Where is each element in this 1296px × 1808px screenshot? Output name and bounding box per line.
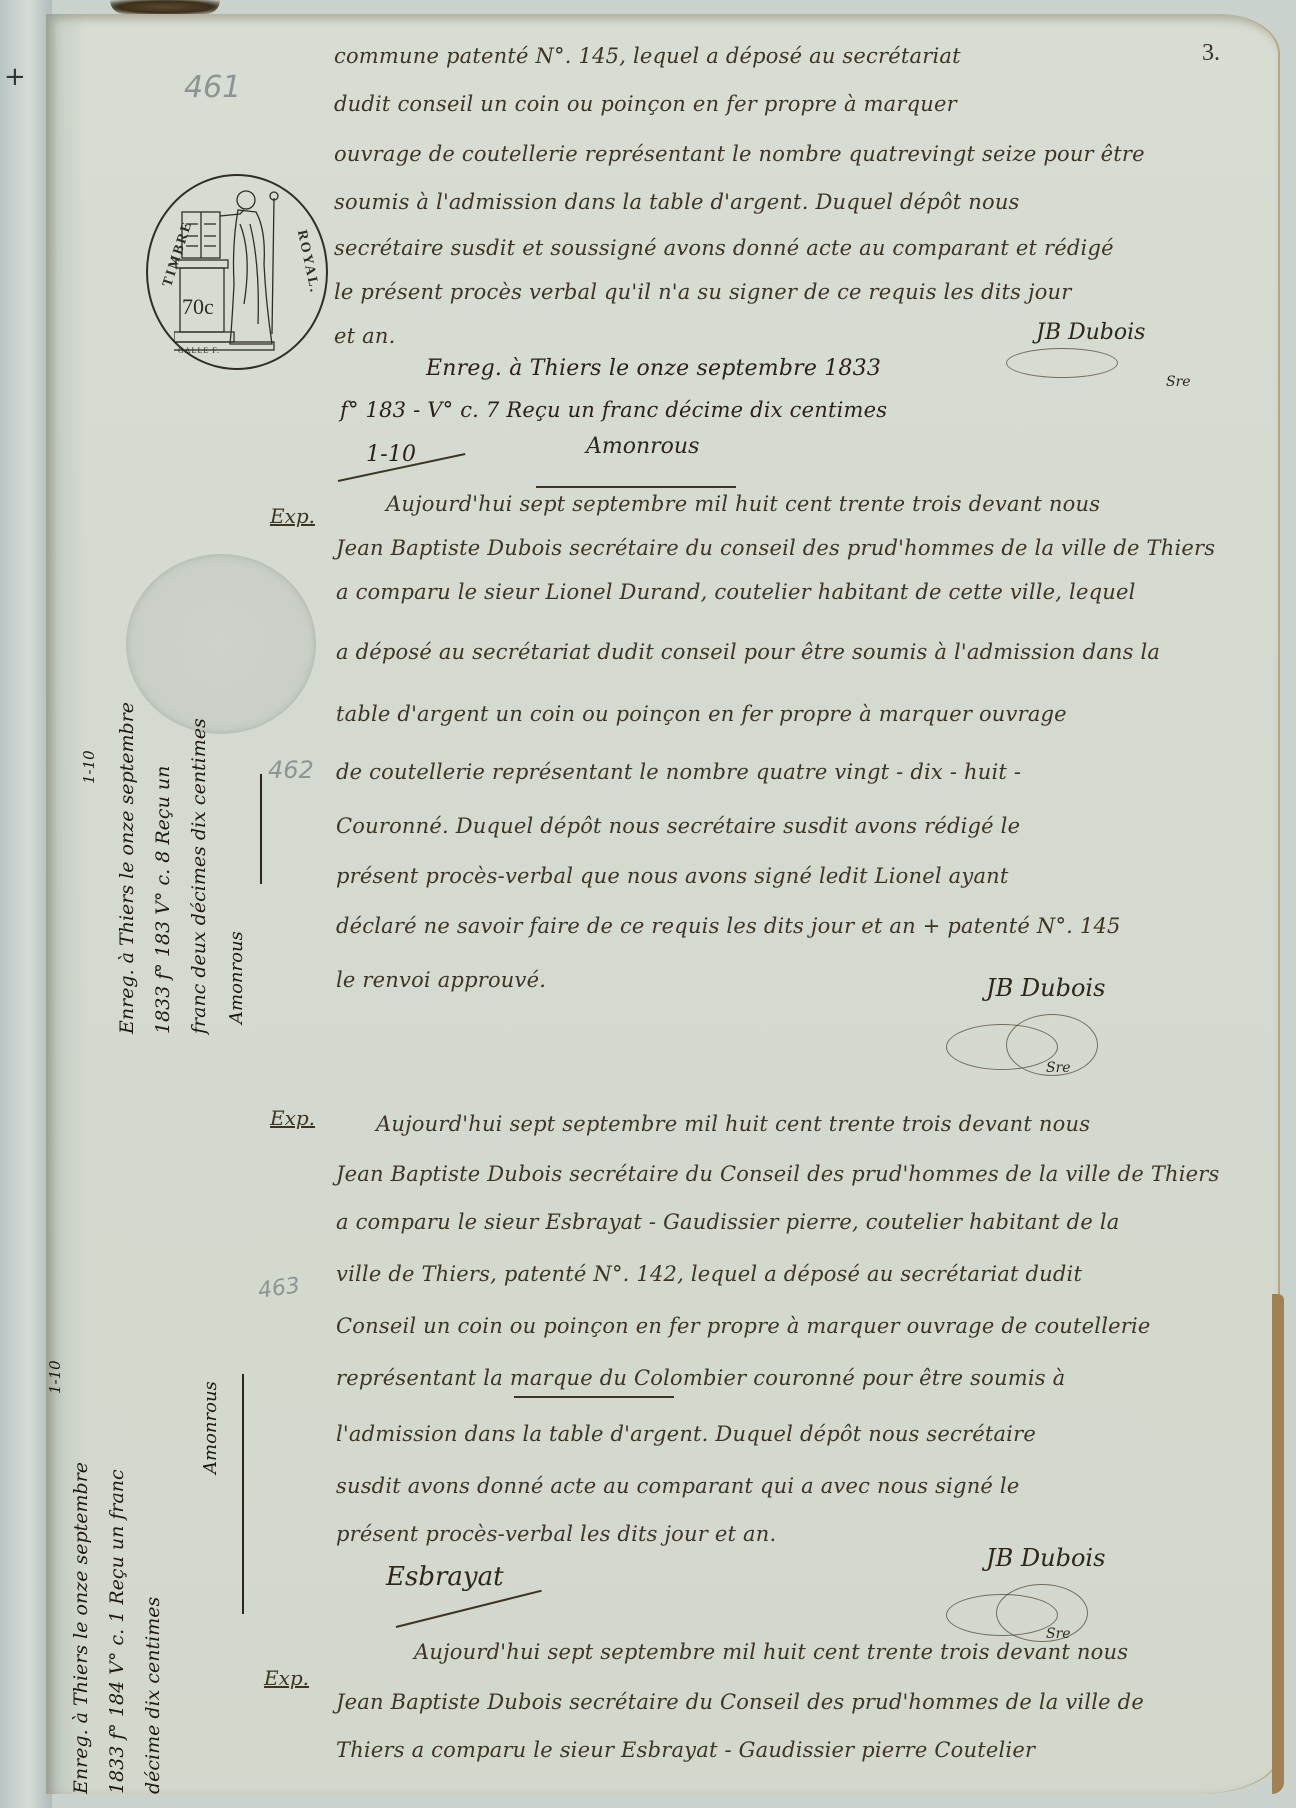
pencil-number-461: 461 bbox=[184, 70, 241, 105]
text-line: a déposé au secrétariat dudit conseil po… bbox=[336, 640, 1160, 664]
text-line: Aujourd'hui sept septembre mil huit cent… bbox=[376, 1112, 1090, 1136]
stamp-maker: GALLE F. bbox=[178, 346, 220, 355]
text-line: Aujourd'hui sept septembre mil huit cent… bbox=[414, 1640, 1128, 1664]
text-line: secrétaire susdit et soussigné avons don… bbox=[334, 236, 1114, 260]
stamp-value: 70c bbox=[182, 294, 214, 320]
embossed-dry-seal bbox=[126, 554, 316, 734]
registration-line: f° 183 - V° c. 7 Reçu un franc décime di… bbox=[340, 398, 887, 422]
text-line: a comparu le sieur Lionel Durand, coutel… bbox=[336, 580, 1136, 604]
signature-dubois: JB Dubois bbox=[986, 1544, 1105, 1572]
margin-note-line: Enreg. à Thiers le onze septembre bbox=[70, 1462, 92, 1794]
margin-note-receiver: Amonrous bbox=[200, 1381, 221, 1474]
text-line: ville de Thiers, patenté N°. 142, lequel… bbox=[336, 1262, 1082, 1286]
text-line: Jean Baptiste Dubois secrétaire du conse… bbox=[336, 536, 1215, 560]
stamp-figure-icon bbox=[174, 184, 304, 364]
colombier-underline bbox=[514, 1396, 674, 1398]
margin-label-exp: Exp. bbox=[270, 504, 315, 528]
signature-stroke bbox=[396, 1590, 542, 1628]
registration-line: Enreg. à Thiers le onze septembre 1833 bbox=[426, 356, 881, 381]
margin-stroke bbox=[260, 774, 262, 884]
text-line: soumis à l'admission dans la table d'arg… bbox=[334, 190, 1020, 214]
text-line: Jean Baptiste Dubois secrétaire du Conse… bbox=[336, 1162, 1220, 1186]
margin-note-amount: 1-10 bbox=[46, 1360, 64, 1394]
receiver-signature: Amonrous bbox=[586, 434, 699, 459]
text-line: l'admission dans la table d'argent. Duqu… bbox=[336, 1422, 1036, 1446]
signature-stroke bbox=[536, 486, 736, 488]
timbre-royal-stamp: TIMBRE ROYAL. 70c GALLE F. bbox=[146, 174, 328, 370]
pencil-number-463: 463 bbox=[256, 1273, 301, 1304]
margin-note-line: 1833 f° 183 V° c. 8 Reçu un bbox=[152, 766, 174, 1034]
signature-flourish bbox=[1006, 348, 1118, 378]
page-number: 3. bbox=[1202, 40, 1220, 67]
text-line: ouvrage de coutellerie représentant le n… bbox=[334, 142, 1145, 166]
margin-note-line: franc deux décimes dix centimes bbox=[188, 718, 210, 1034]
text-line: Conseil un coin ou poinçon en fer propre… bbox=[336, 1314, 1151, 1338]
page-edge bbox=[1272, 1294, 1284, 1794]
text-line: Couronné. Duquel dépôt nous secrétaire s… bbox=[336, 814, 1020, 838]
text-line: Aujourd'hui sept septembre mil huit cent… bbox=[386, 492, 1100, 516]
register-page: 3. 461 462 463 TIMBRE ROYAL. bbox=[46, 14, 1278, 1794]
text-line: représentant la marque du Colombier cour… bbox=[336, 1366, 1065, 1390]
margin-note-line: Enreg. à Thiers le onze septembre bbox=[116, 702, 138, 1034]
text-line: le présent procès verbal qu'il n'a su si… bbox=[334, 280, 1072, 304]
text-line: Jean Baptiste Dubois secrétaire du Conse… bbox=[336, 1690, 1144, 1714]
signature-esbrayat: Esbrayat bbox=[386, 1562, 504, 1592]
text-line: déclaré ne savoir faire de ce requis les… bbox=[336, 914, 1121, 938]
margin-note-receiver: Amonrous bbox=[226, 931, 247, 1024]
signature-flourish bbox=[996, 1584, 1088, 1642]
margin-note-line: 1833 f° 184 V° c. 1 Reçu un franc bbox=[106, 1469, 128, 1794]
text-line: présent procès-verbal les dits jour et a… bbox=[336, 1522, 776, 1546]
binding-thread bbox=[110, 0, 220, 14]
margin-note-line: décime dix centimes bbox=[142, 1597, 164, 1794]
margin-label-exp: Exp. bbox=[270, 1106, 315, 1130]
signature-initials: Sre bbox=[1166, 374, 1191, 390]
text-line: commune patenté N°. 145, lequel a déposé… bbox=[334, 44, 961, 68]
pencil-number-462: 462 bbox=[268, 756, 314, 784]
signature-initials: Sre bbox=[1046, 1060, 1071, 1076]
margin-stroke bbox=[242, 1374, 244, 1614]
text-line: le renvoi approuvé. bbox=[336, 968, 546, 992]
registration-amount: 1-10 bbox=[366, 442, 416, 467]
text-line: et an. bbox=[334, 324, 395, 348]
text-line: a comparu le sieur Esbrayat - Gaudissier… bbox=[336, 1210, 1119, 1234]
margin-label-exp: Exp. bbox=[264, 1666, 309, 1690]
margin-note-amount: 1-10 bbox=[80, 750, 98, 784]
text-line: table d'argent un coin ou poinçon en fer… bbox=[336, 702, 1067, 726]
book-binding-gutter bbox=[0, 0, 52, 1808]
text-line: dudit conseil un coin ou poinçon en fer … bbox=[334, 92, 957, 116]
text-line: susdit avons donné acte au comparant qui… bbox=[336, 1474, 1019, 1498]
signature-dubois: JB Dubois bbox=[1036, 320, 1145, 345]
text-line: de coutellerie représentant le nombre qu… bbox=[336, 760, 1021, 784]
text-line: présent procès-verbal que nous avons sig… bbox=[336, 864, 1009, 888]
text-line: Thiers a comparu le sieur Esbrayat - Gau… bbox=[336, 1738, 1035, 1762]
signature-dubois: JB Dubois bbox=[986, 974, 1105, 1002]
top-marginal-mark: + bbox=[4, 62, 26, 92]
